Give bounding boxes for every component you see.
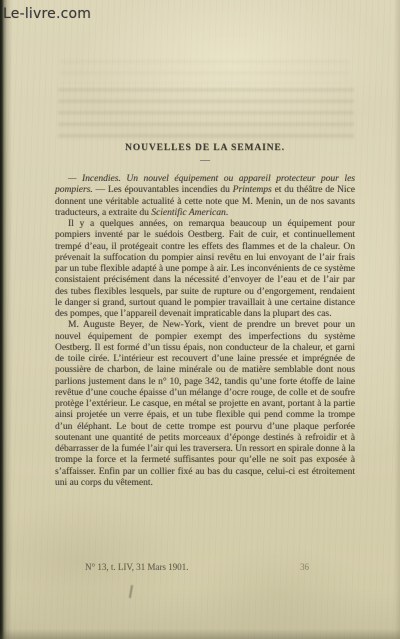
paragraph-1: — Incendies. Un nouvel équipement ou app…	[55, 174, 355, 219]
issue-reference: N° 13, t. LIV, 31 Mars 1901.	[85, 562, 188, 572]
section-divider: —	[55, 155, 355, 166]
page-edge-bottom	[0, 629, 400, 639]
article-title: NOUVELLES DE LA SEMAINE.	[55, 143, 355, 153]
paragraph-1-seg6: .	[226, 208, 228, 218]
paragraph-1-scientific-american: Scientific American	[151, 208, 225, 218]
page-footer: N° 13, t. LIV, 31 Mars 1901. 36	[55, 562, 355, 572]
watermark: Le-livre.com	[3, 6, 91, 22]
paragraph-1-seg2: — Les épouvantables incendies du	[93, 185, 233, 195]
book-gutter-shadow	[0, 0, 12, 639]
article-body: — Incendies. Un nouvel équipement ou app…	[55, 174, 355, 489]
paragraph-1-printemps: Printemps	[233, 185, 272, 195]
article: NOUVELLES DE LA SEMAINE. — — Incendies. …	[55, 143, 355, 489]
ink-showthrough	[58, 88, 354, 140]
paragraph-3: M. Auguste Beyer, de New-York, vient de …	[55, 320, 355, 489]
ink-showthrough-upper	[60, 60, 350, 84]
signature-number: 36	[300, 562, 309, 572]
page-edge-right	[394, 0, 400, 639]
paragraph-2: Il y a quelques années, on remarqua beau…	[55, 219, 355, 320]
scanned-page: Le-livre.com NOUVELLES DE LA SEMAINE. — …	[0, 0, 400, 639]
